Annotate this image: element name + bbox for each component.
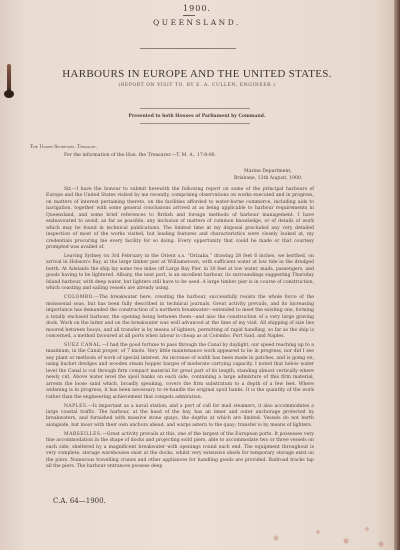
minute-note: For the information of the Hon. the Trea… (64, 153, 216, 160)
section-heading: COLOMBO. (64, 295, 94, 300)
section-heading: SUEZ CANAL. (64, 343, 102, 348)
paragraph: NAPLES.—Is important as a naval station,… (46, 404, 314, 430)
divider-rule (140, 108, 250, 109)
paragraph: MARSEILLES.—Great activity prevails at t… (46, 432, 314, 471)
page-edge (394, 0, 400, 550)
paper-foxing (248, 520, 388, 550)
document-page: 1900. QUEENSLAND. HARBOURS IN EUROPE AND… (0, 0, 394, 550)
document-subtitle: (REPORT ON VISIT TO, BY E. A. CULLEN, EN… (0, 83, 394, 88)
section-heading: NAPLES. (64, 404, 88, 409)
document-state: QUEENSLAND. (0, 18, 394, 27)
year-underline (183, 15, 195, 16)
place-date: Brisbane, 13th August, 1900. (234, 176, 302, 183)
divider-rule (140, 48, 236, 49)
paragraph: Leaving Sydney on 3rd February in the Or… (46, 254, 314, 293)
sender-block: Marine Department, Brisbane, 13th August… (234, 169, 302, 182)
section-heading: MARSEILLES. (64, 432, 102, 437)
paragraph: SUEZ CANAL.—I had the good fortune to pa… (46, 343, 314, 401)
report-body: Sir,—I have the honour to submit herewit… (46, 187, 314, 473)
divider-rule (140, 123, 250, 124)
paper-stain-blob (4, 90, 14, 98)
addressee: The Under Secretary, Treasury. (30, 145, 97, 152)
document-year: 1900. (0, 4, 394, 13)
paragraph: Sir,—I have the honour to submit herewit… (46, 187, 314, 252)
document-code: C.A. 64—1900. (53, 497, 106, 505)
presented-note: Presented to both Houses of Parliament b… (0, 114, 394, 119)
document-title: HARBOURS IN EUROPE AND THE UNITED STATES… (0, 68, 394, 80)
paragraph: COLOMBO.—The breakwater here, creating t… (46, 295, 314, 340)
